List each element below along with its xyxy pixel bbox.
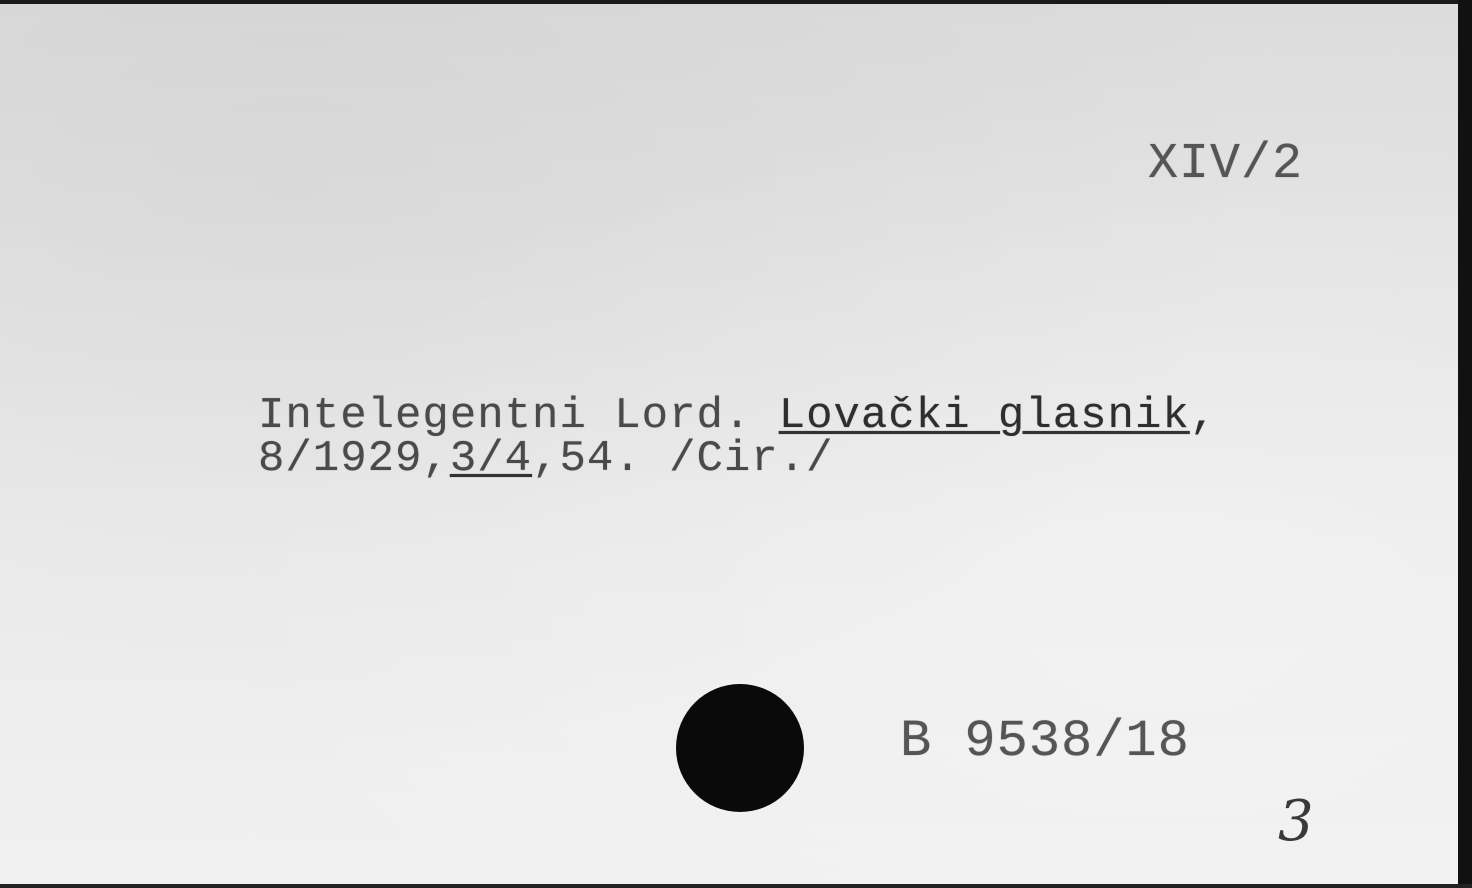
issue-prefix: 8/1929, — [258, 434, 450, 484]
entry-line-1: Intelegentni Lord. Lovački glasnik, — [258, 394, 1217, 438]
handwritten-mark: 3 — [1278, 794, 1314, 850]
punch-hole — [676, 684, 804, 812]
journal-title: Lovački glasnik — [779, 391, 1190, 441]
journal-trailing-comma: , — [1190, 391, 1217, 441]
card-bottom-edge — [0, 884, 1472, 888]
issue-suffix: ,54. — [532, 434, 642, 484]
classification-code: XIV/2 — [1148, 140, 1303, 190]
entry-line-2: 8/1929,3/4,54. /Cir./ — [258, 437, 834, 481]
call-number: B 9538/18 — [900, 716, 1190, 768]
issue-number: 3/4 — [450, 434, 532, 484]
script-note: /Cir./ — [669, 434, 833, 484]
card-right-edge — [1458, 0, 1472, 888]
catalog-card: XIV/2 Intelegentni Lord. Lovački glasnik… — [0, 4, 1458, 884]
